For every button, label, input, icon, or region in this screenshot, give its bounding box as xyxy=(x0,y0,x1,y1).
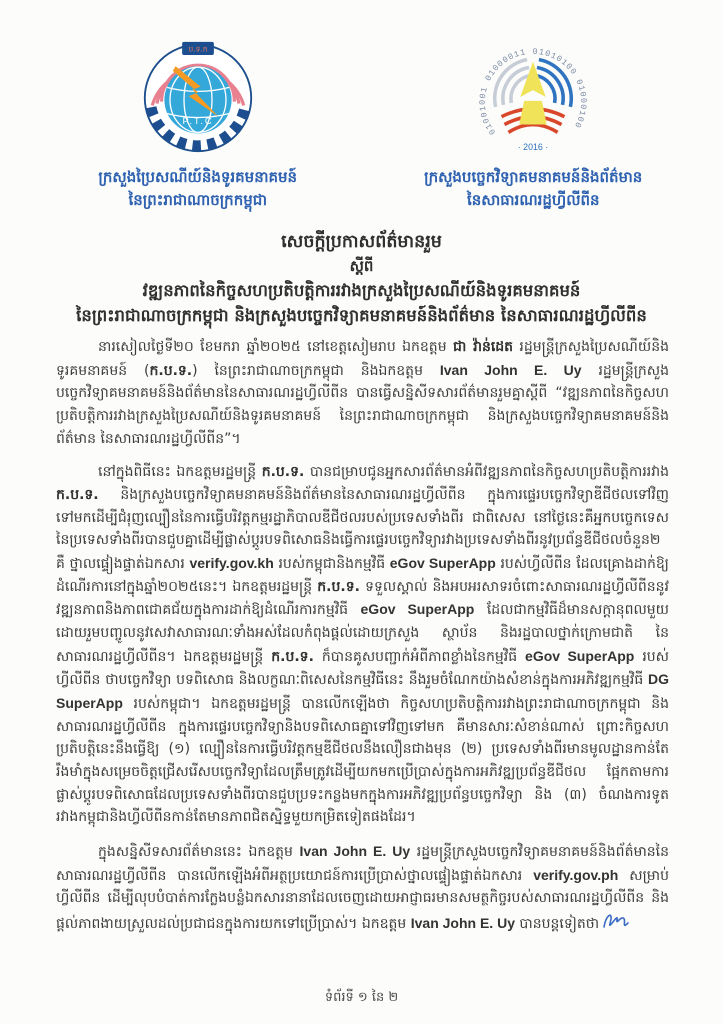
body-text: នារសៀលថ្ងៃទី២០ ខែមករា ឆ្នាំ២០២៥ នៅខេត្តស… xyxy=(98,339,453,355)
emphasized-text: Ivan John E. Uy xyxy=(440,362,582,378)
emphasized-text: eGov SuperApp xyxy=(361,601,475,617)
emphasized-text: ជា វ៉ាន់ដេត xyxy=(453,339,513,355)
caption-cambodia-line2: នៃព្រះរាជាណាចក្រកម្ពុជា xyxy=(98,189,297,212)
emphasized-text: ក.ប.ទ. xyxy=(317,579,360,595)
emphasized-text: ក.ប.ទ. xyxy=(271,649,314,665)
org-philippines-dict: 01001001 01000011 01010100 01000100 0100… xyxy=(366,38,702,213)
emphasized-text: ក.ប.ទ. xyxy=(262,464,305,480)
body-text: បានបន្តទៀតថា xyxy=(515,916,599,932)
emphasized-text: eGov SuperApp xyxy=(390,555,496,571)
title-line4: នៃព្រះរាជាណាចក្រកម្ពុជា និងក្រសួងបច្ចេកវ… xyxy=(14,303,709,329)
org-cambodia-mptc: P.T.C ប.ទ.ក ក្រសួងប្រៃសណីយ៍និងទូរគមនាគមន… xyxy=(30,38,366,213)
caption-philippines-line2: នៃសាធារណរដ្ឋហ្វីលីពីន xyxy=(424,189,642,212)
emphasized-text: Ivan John E. Uy xyxy=(411,915,515,931)
caption-cambodia-line1: ក្រសួងប្រៃសណីយ៍និងទូរគមនាគមន៍ xyxy=(98,166,297,189)
title-line1: សេចក្តីប្រកាសព័ត៌មានរួម xyxy=(14,230,709,255)
paragraph: នៅក្នុងពិធីនេះ ឯកឧត្តមរដ្ឋមន្ត្រី ក.ប.ទ.… xyxy=(56,461,669,829)
body-text: ) នៃព្រះរាជាណាចក្រកម្ពុជា និងឯកឧត្តម xyxy=(192,363,440,379)
title-line2: ស្តីពី xyxy=(14,255,709,278)
body-text: ក៏បានគូសបញ្ជាក់អំពីភាពខ្លាំងនៃកម្មវិធី xyxy=(314,649,525,665)
body-text: របស់កម្ពុជានិងកម្មវិធី xyxy=(274,556,390,572)
body-text: នៅក្នុងពិធីនេះ ឯកឧត្តមរដ្ឋមន្ត្រី xyxy=(98,464,262,480)
dict-year: · 2016 · xyxy=(518,142,548,152)
page-footer: ទំព័រទី ១ នៃ ២ xyxy=(0,989,723,1008)
body-paragraphs: នារសៀលថ្ងៃទី២០ ខែមករា ឆ្នាំ២០២៥ នៅខេត្តស… xyxy=(56,336,669,976)
emphasized-text: verify.gov.kh xyxy=(189,555,273,571)
paragraph: ក្នុងសន្និសីទសារព័ត៌មាននេះ ឯកឧត្តម Ivan … xyxy=(56,840,669,940)
ptc-banner-abbr: ប.ទ.ក xyxy=(188,44,207,53)
emphasized-text: ក.ប.ទ. xyxy=(56,487,99,503)
press-release-page: P.T.C ប.ទ.ក ក្រសួងប្រៃសណីយ៍និងទូរគមនាគមន… xyxy=(0,0,723,1024)
emphasized-text: Ivan John E. Uy xyxy=(300,843,411,859)
header: P.T.C ប.ទ.ក ក្រសួងប្រៃសណីយ៍និងទូរគមនាគមន… xyxy=(30,38,701,213)
handwritten-initials-icon xyxy=(601,910,631,940)
ptc-ministry-seal-icon: P.T.C ប.ទ.ក xyxy=(142,38,254,156)
caption-cambodia: ក្រសួងប្រៃសណីយ៍និងទូរគមនាគមន៍ នៃព្រះរាជា… xyxy=(98,166,297,213)
dict-philippines-seal-icon: 01001001 01000011 01010100 01000100 0100… xyxy=(474,38,592,156)
caption-philippines-line1: ក្រសួងបច្ចេកវិទ្យាគមនាគមន៍និងព័ត៌មាន xyxy=(424,166,642,189)
ptc-label: P.T.C xyxy=(182,116,213,126)
body-text: របស់កម្ពុជា។ ឯកឧត្តមរដ្ឋមន្ត្រី បានលើកឡើ… xyxy=(56,696,669,825)
emphasized-text: verify.gov.ph xyxy=(533,867,618,883)
emphasized-text: ក.ប.ទ. xyxy=(149,363,192,379)
page-indicator: ទំព័រទី ១ នៃ ២ xyxy=(325,990,398,1005)
title-block: សេចក្តីប្រកាសព័ត៌មានរួម ស្តីពី វឌ្ឍនភាពន… xyxy=(14,230,709,329)
emphasized-text: eGov SuperApp xyxy=(525,648,634,664)
body-text: ក្នុងសន្និសីទសារព័ត៌មាននេះ ឯកឧត្តម xyxy=(98,844,300,860)
title-line3: វឌ្ឍនភាពនៃកិច្ចសហប្រតិបត្តិការរវាងក្រសួង… xyxy=(14,278,709,304)
caption-philippines: ក្រសួងបច្ចេកវិទ្យាគមនាគមន៍និងព័ត៌មាន នៃស… xyxy=(424,166,642,213)
body-text: បានជម្រាបជូនអ្នកសារព័ត៌មានអំពីវឌ្ឍនភាពនៃ… xyxy=(304,464,669,480)
paragraph: នារសៀលថ្ងៃទី២០ ខែមករា ឆ្នាំ២០២៥ នៅខេត្តស… xyxy=(56,336,669,450)
